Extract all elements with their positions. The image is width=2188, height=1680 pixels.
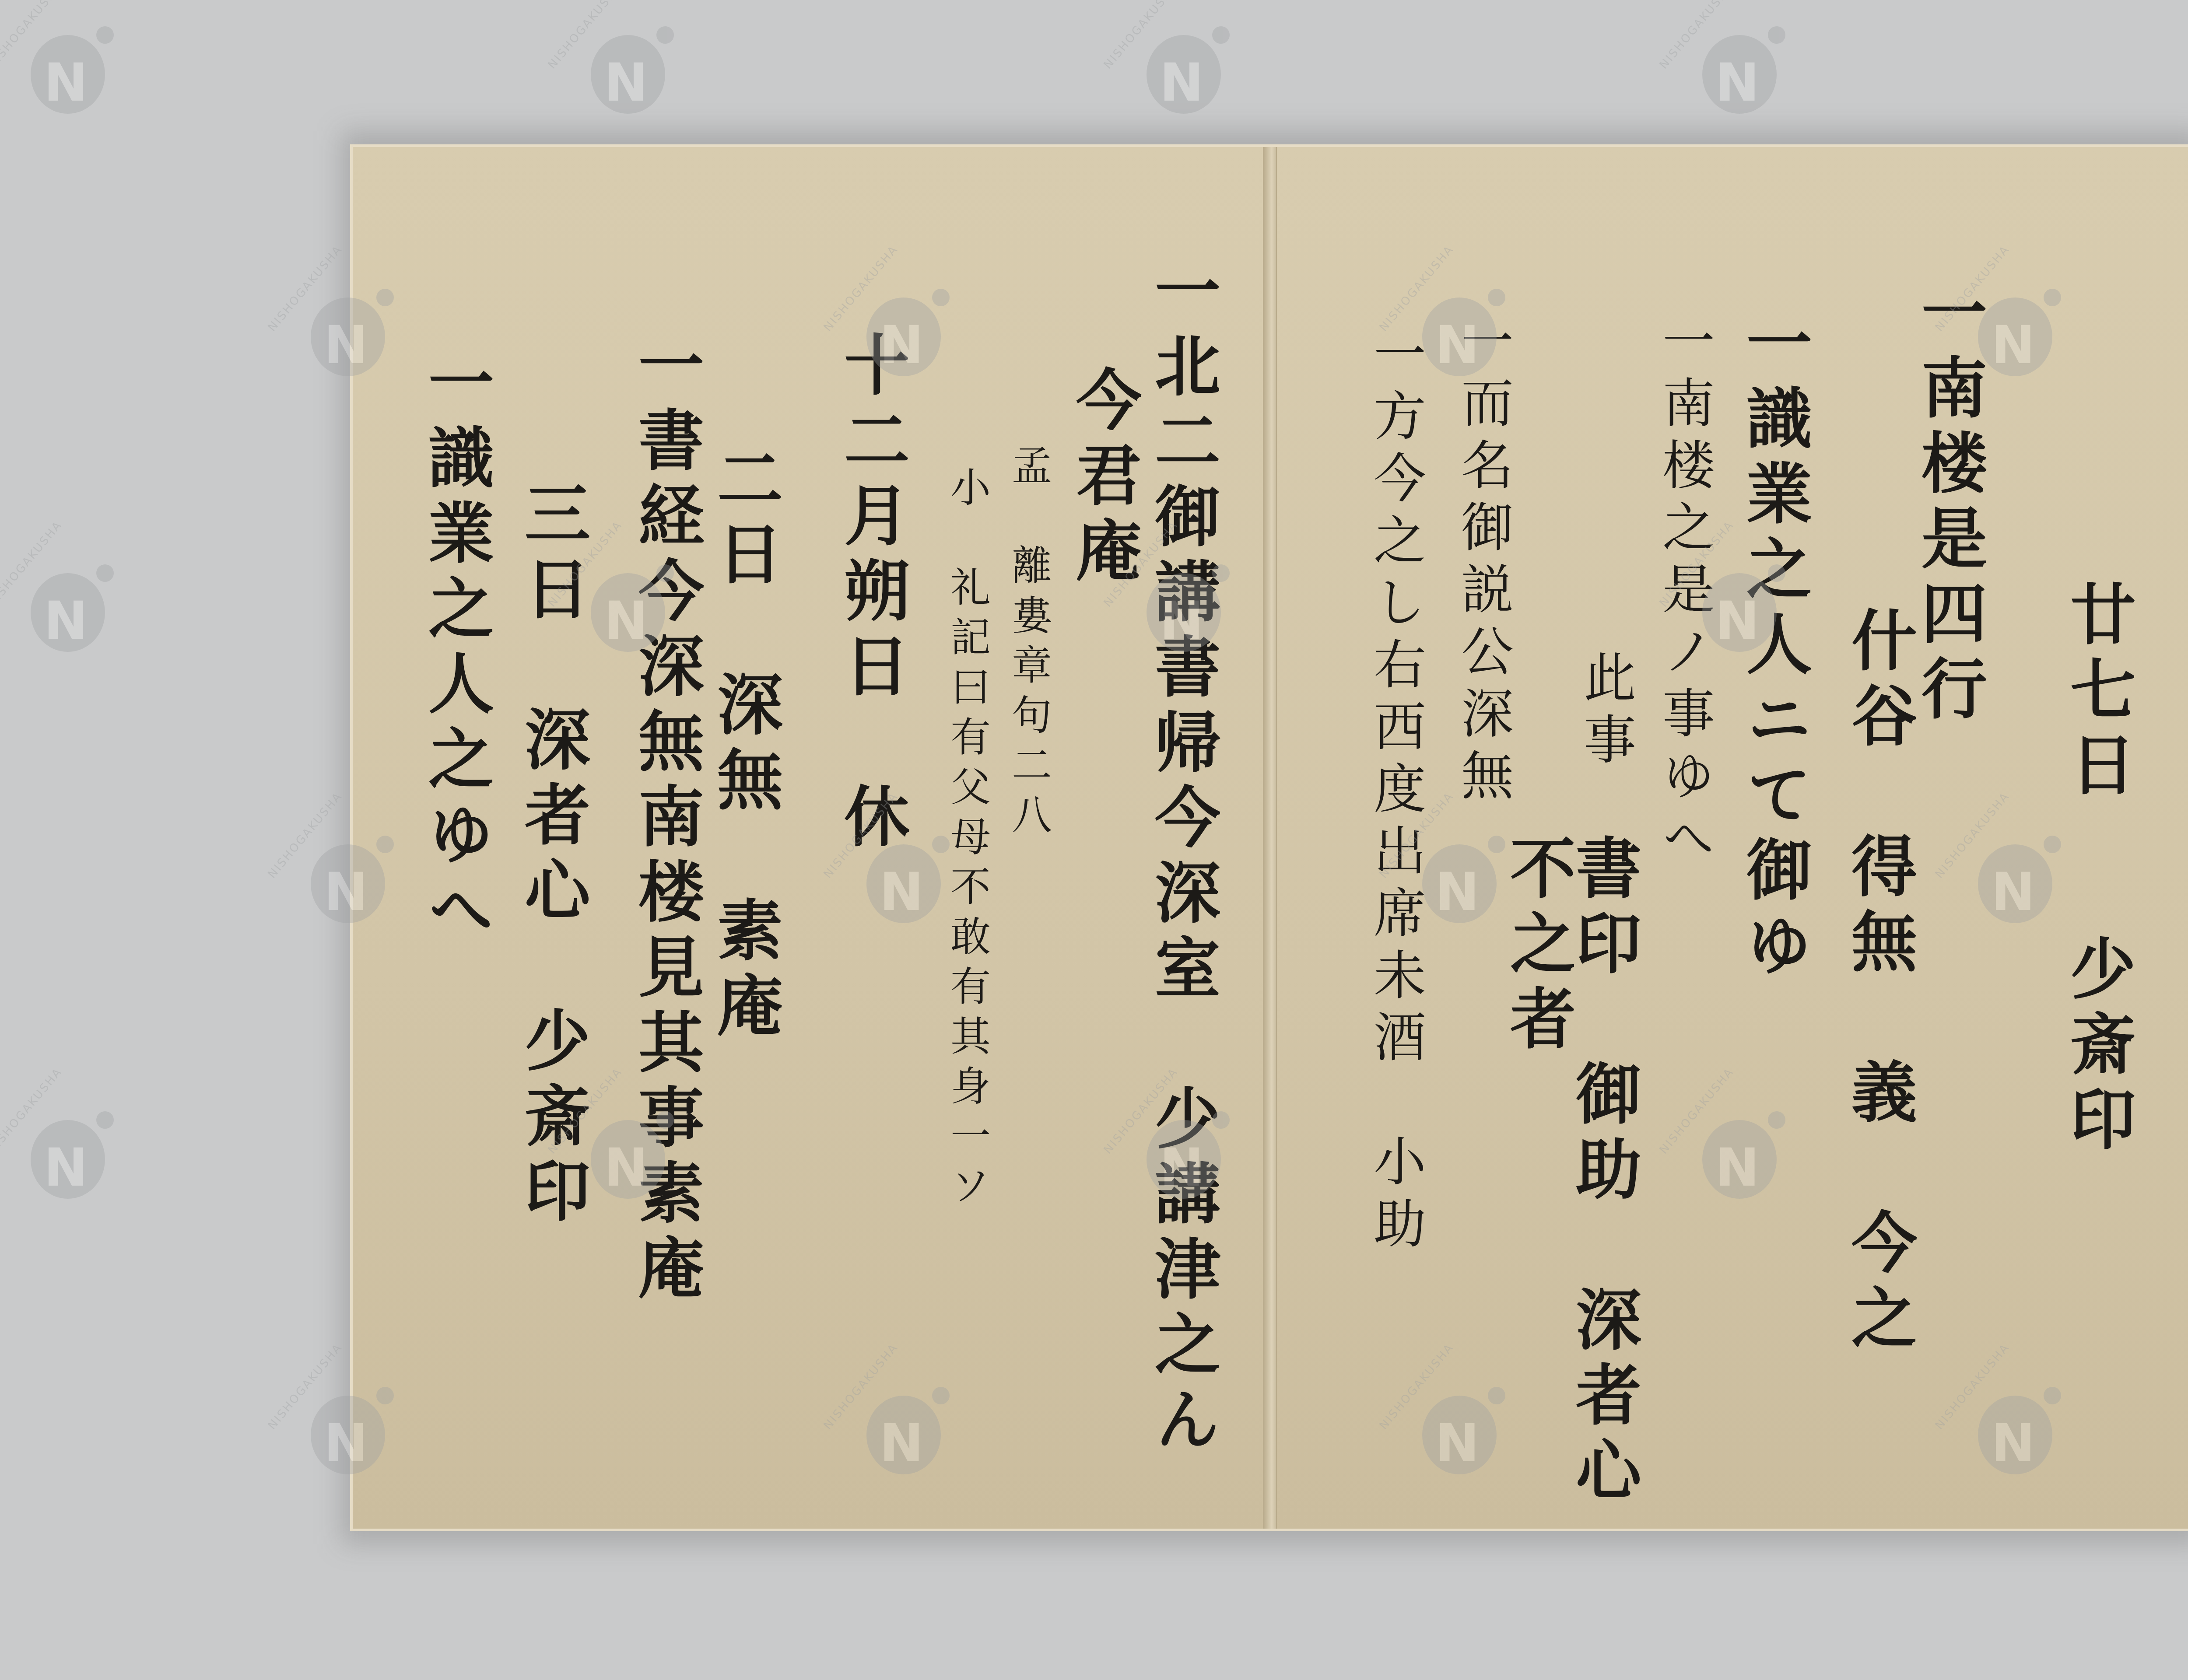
n-logo-icon: N bbox=[1991, 315, 2035, 376]
watermark-logo: NISHOGAKUSHA N bbox=[1409, 827, 1510, 927]
n-logo-icon: N bbox=[1435, 315, 1479, 376]
n-logo-icon: N bbox=[1160, 52, 1203, 113]
text-column: 廿七日 bbox=[2065, 580, 2130, 806]
n-logo-icon: N bbox=[324, 862, 368, 923]
n-logo-icon: N bbox=[880, 862, 923, 923]
watermark-logo: NISHOGAKUSHA N bbox=[578, 1102, 678, 1203]
watermark-logo: NISHOGAKUSHA N bbox=[853, 280, 954, 381]
open-book: 一北二御講書帰今深室 少講津之ん 今君庵 孟 離婁章句二八 小 礼記曰有父母不敢… bbox=[350, 144, 2188, 1531]
n-logo-icon: N bbox=[604, 1137, 648, 1198]
watermark-logo: NISHOGAKUSHA N bbox=[298, 1378, 398, 1479]
n-logo-icon: N bbox=[1160, 1137, 1203, 1198]
watermark-logo: NISHOGAKUSHA N bbox=[1133, 556, 1234, 656]
text-column: 少斎印 bbox=[2065, 934, 2130, 1160]
watermark-logo: NISHOGAKUSHA N bbox=[1965, 280, 2065, 381]
watermark-logo: NISHOGAKUSHA N bbox=[18, 17, 118, 118]
text-column: 二日 深無 素庵 bbox=[712, 444, 777, 1046]
n-logo-icon: N bbox=[1715, 591, 1759, 651]
watermark-logo: NISHOGAKUSHA N bbox=[1689, 556, 1790, 656]
watermark-logo: NISHOGAKUSHA N bbox=[1965, 827, 2065, 927]
n-logo-icon: N bbox=[1715, 1137, 1759, 1198]
n-logo-icon: N bbox=[604, 52, 648, 113]
text-column: 一而名御説公深無 bbox=[1456, 313, 1509, 810]
text-column: 一方今之し右西度出席未酒 小助 bbox=[1369, 326, 1421, 1258]
watermark-logo: NISHOGAKUSHA N bbox=[1133, 17, 1234, 118]
n-logo-icon: N bbox=[324, 1413, 368, 1474]
text-column: 一識業之人之ゆへ bbox=[423, 348, 488, 950]
watermark-logo: NISHOGAKUSHA N bbox=[853, 1378, 954, 1479]
text-column-annotation: 孟 離婁章句二八 bbox=[1008, 444, 1048, 843]
n-logo-icon: N bbox=[1991, 862, 2035, 923]
text-column: 一北二御講書帰今深室 少講津之ん bbox=[1149, 256, 1215, 1460]
n-logo-icon: N bbox=[1715, 52, 1759, 113]
left-page: 一北二御講書帰今深室 少講津之ん 今君庵 孟 離婁章句二八 小 礼記曰有父母不敢… bbox=[353, 147, 1268, 1529]
n-logo-icon: N bbox=[44, 591, 88, 651]
n-logo-icon: N bbox=[880, 315, 923, 376]
text-column: 今君庵 bbox=[1070, 366, 1136, 591]
watermark-logo: NISHOGAKUSHA N bbox=[853, 827, 954, 927]
text-column: 十二月朔日 休 bbox=[838, 331, 904, 857]
n-logo-icon: N bbox=[324, 315, 368, 376]
watermark-logo: NISHOGAKUSHA N bbox=[18, 1102, 118, 1203]
text-column: 什谷 得無 義 今之 bbox=[1846, 606, 1911, 1359]
watermark-logo: NISHOGAKUSHA N bbox=[1133, 1102, 1234, 1203]
text-column: 此事 bbox=[1579, 650, 1631, 774]
n-logo-icon: N bbox=[1435, 862, 1479, 923]
n-logo-icon: N bbox=[1160, 591, 1203, 651]
watermark-logo: NISHOGAKUSHA N bbox=[1965, 1378, 2065, 1479]
n-logo-icon: N bbox=[44, 1137, 88, 1198]
watermark-logo: NISHOGAKUSHA N bbox=[1409, 1378, 1510, 1479]
watermark-logo: NISHOGAKUSHA N bbox=[1689, 1102, 1790, 1203]
n-logo-icon: N bbox=[880, 1413, 923, 1474]
n-logo-icon: N bbox=[1435, 1413, 1479, 1474]
n-logo-icon: N bbox=[604, 591, 648, 651]
text-column: 書印 御助 深者心 不之者 bbox=[1504, 834, 1636, 1529]
watermark-logo: NISHOGAKUSHA N bbox=[18, 556, 118, 656]
n-logo-icon: N bbox=[1991, 1413, 2035, 1474]
n-logo-icon: N bbox=[44, 52, 88, 113]
watermark-logo: NISHOGAKUSHA N bbox=[298, 280, 398, 381]
watermark-logo: NISHOGAKUSHA N bbox=[578, 556, 678, 656]
watermark-logo: NISHOGAKUSHA N bbox=[298, 827, 398, 927]
watermark-logo: NISHOGAKUSHA N bbox=[1689, 17, 1790, 118]
watermark-logo: NISHOGAKUSHA N bbox=[1409, 280, 1510, 381]
watermark-logo: NISHOGAKUSHA N bbox=[578, 17, 678, 118]
